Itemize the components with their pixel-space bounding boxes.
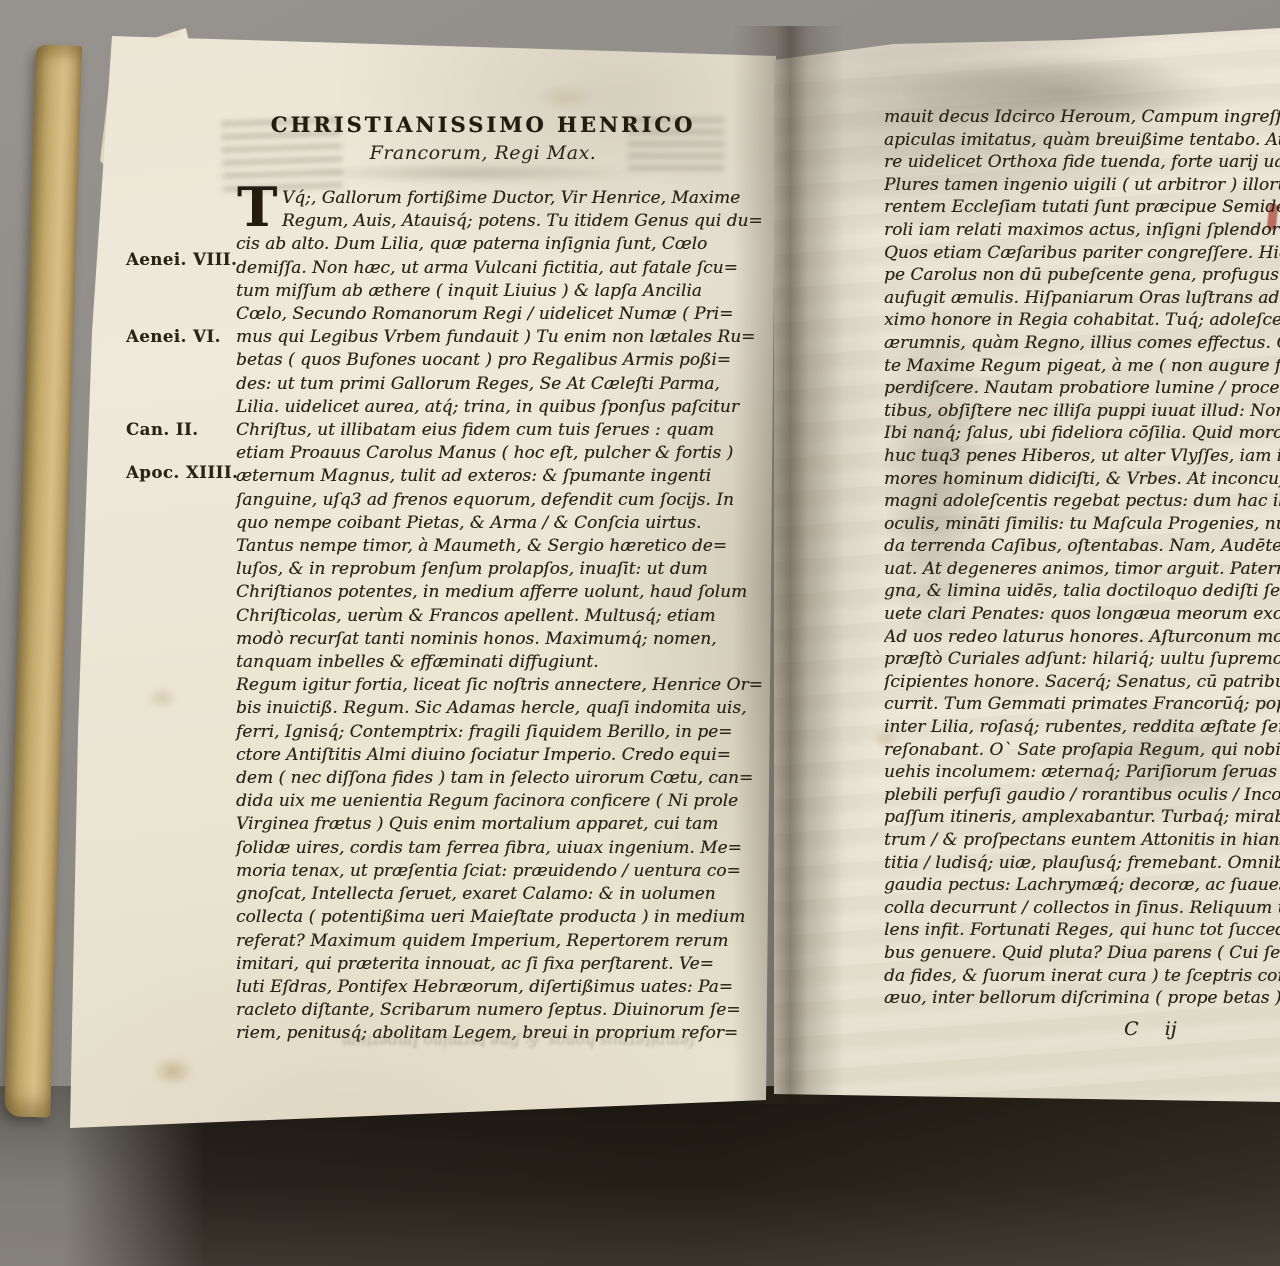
text-line: dida uix me uenientia Regum facinora con…: [236, 790, 730, 813]
text-line: te Maxime Regum pigeat, à me ( non augur…: [884, 355, 1280, 378]
text-line: demiſſa. Non hæc, ut arma Vulcani fictit…: [236, 257, 730, 280]
book-photograph: T CHRISTIANISSIMO HENRICO Francorum, Reg…: [0, 0, 1280, 1266]
text-line: æternum Magnus, tulit ad exteros: & ſpum…: [236, 465, 730, 488]
text-line: uat. At degeneres animos, timor arguit. …: [884, 558, 1280, 581]
margin-note: Aenei. VI.: [126, 327, 221, 346]
text-line: currit. Tum Gemmati primates Francorūq́;…: [884, 693, 1280, 716]
text-line: bus genuere. Quid pluta? Diua parens ( C…: [884, 942, 1280, 965]
text-line: des: ut tum primi Gallorum Reges, Se At …: [236, 373, 730, 396]
text-line: Cœlo, Secundo Romanorum Regi / uidelicet…: [236, 303, 730, 326]
text-line: re uidelicet Orthoxa fide tuenda, forte …: [884, 151, 1280, 174]
text-line: ærumnis, quàm Regno, illius comes effect…: [884, 332, 1280, 355]
margin-note: Apoc. XIIII.: [126, 463, 238, 482]
margin-note: Can. II.: [126, 420, 199, 439]
text-line: tanquam inbelles & effæminati diffugiunt…: [236, 651, 730, 674]
text-line: Ibi nanq́; ſalus, ubi fideliora cōſilia.…: [884, 422, 1280, 445]
text-line: ximo honore in Regia cohabitat. Tuq́; ad…: [884, 309, 1280, 332]
text-line: Regum, Auis, Atauisq́; potens. Tu itidem…: [236, 210, 730, 233]
text-line: betas ( quos Bufones uocant ) pro Regali…: [236, 349, 730, 372]
text-line: dem ( nec diſſona fides ) tam in ſelecto…: [236, 767, 730, 790]
text-line: tibus, obſiſtere nec illiſa puppi iuuat …: [884, 400, 1280, 423]
text-line: uete clari Penates: quos longæua meorum …: [884, 603, 1280, 626]
text-line: Lilia. uidelicet aurea, atq́; trina, in …: [236, 396, 730, 419]
text-line: moria tenax, ut præſentia ſciat: præuide…: [236, 860, 730, 883]
text-line: mores hominum didiciſti, & Vrbes. At inc…: [884, 468, 1280, 491]
text-line: collecta ( potentißima ueri Maieſtate pr…: [236, 906, 730, 929]
text-line: pe Carolus non dū pubeſcente gena, profu…: [884, 264, 1280, 287]
left-page-text: CHRISTIANISSIMO HENRICO Francorum, Regi …: [236, 112, 730, 1046]
text-line: titia / ludisq́; uiæ, plauſusq́; fremeba…: [884, 852, 1280, 875]
text-line: gna, & limina uidēs, talia doctiloquo de…: [884, 580, 1280, 603]
text-line: etiam Proauus Carolus Manus ( hoc eſt, p…: [236, 442, 730, 465]
text-line: aufugit æmulis. Hiſpaniarum Oras luſtran…: [884, 287, 1280, 310]
text-line: Virginea frætus ) Quis enim mortalium ap…: [236, 813, 730, 836]
text-line: cis ab alto. Dum Lilia, quæ paterna inſi…: [236, 233, 730, 256]
text-line: Quos etiam Cæſaribus pariter congreſſere…: [884, 242, 1280, 265]
text-line: huc tuq3 penes Hiberos, ut alter Vlyſſes…: [884, 445, 1280, 468]
margin-note: Aenei. VIII.: [126, 250, 237, 269]
text-line: præſtò Curiales adſunt: hilariq́; uultu …: [884, 648, 1280, 671]
text-line: imitari, qui præterita innouat, ac ſi fi…: [236, 953, 730, 976]
text-line: ctore Antiſtitis Almi diuino ſociatur Im…: [236, 744, 730, 767]
text-line: mus qui Legibus Vrbem fundauit ) Tu enim…: [236, 326, 730, 349]
paper-stain: [146, 686, 178, 710]
text-line: Tantus nempe timor, à Maumeth, & Sergio …: [236, 535, 730, 558]
text-line: ſolidæ uires, cordis tam ferrea fibra, u…: [236, 837, 730, 860]
text-line: Vq́;, Gallorum fortißime Ductor, Vir Hen…: [236, 187, 730, 210]
right-page-body: mauit decus Idcirco Heroum, Campum ingre…: [884, 106, 1280, 1036]
text-line: Plures tamen ingenio uigili ( ut arbitro…: [884, 174, 1280, 197]
text-line: Regum igitur fortia, liceat ſic noſtris …: [236, 674, 730, 697]
paper-stain: [152, 1056, 194, 1086]
text-line: paſſum itineris, amplexabantur. Turbaq́;…: [884, 806, 1280, 829]
text-line: oculis, mināti ſimilis: tu Maſcula Proge…: [884, 513, 1280, 536]
paper-stain: [536, 84, 596, 110]
left-page-body: Vq́;, Gallorum fortißime Ductor, Vir Hen…: [236, 187, 730, 1046]
gathering-signature: C ij: [1124, 1018, 1177, 1040]
gutter-shadow: [732, 26, 844, 1104]
text-line: ſcipientes honore. Sacerq́; Senatus, cū …: [884, 671, 1280, 694]
showthrough-ghost-line: ſempiternus honos, & fine termino Imperi…: [296, 1032, 736, 1050]
text-line: trum / & proſpectans euntem Attonitis in…: [884, 829, 1280, 852]
text-line: racleto diſtante, Scribarum numero ſeptu…: [236, 999, 730, 1022]
text-line: colla decurrunt / collectos in ſinus. Re…: [884, 897, 1280, 920]
text-line: quo nempe coibant Pietas, & Arma / & Con…: [236, 512, 730, 535]
text-line: Chriſticolas, uerùm & Francos apellent. …: [236, 605, 730, 628]
text-line: da terrenda Caſibus, oſtentabas. Nam, Au…: [884, 535, 1280, 558]
text-line: da fides, & ſuorum inerat cura ) te ſcep…: [884, 965, 1280, 988]
text-line: Ad uos redeo laturus honores. Aſturconum…: [884, 626, 1280, 649]
text-line: Chriſtianos potentes, in medium afferre …: [236, 581, 730, 604]
text-line: luti Eſdras, Pontifex Hebræorum, diſerti…: [236, 976, 730, 999]
text-line: apiculas imitatus, quàm breuißime tentab…: [884, 129, 1280, 152]
text-line: plebili perfuſi gaudio / rorantibus ocul…: [884, 784, 1280, 807]
text-line: mauit decus Idcirco Heroum, Campum ingre…: [884, 106, 1280, 129]
text-line: inter Lilia, roſasq́; rubentes, reddita …: [884, 716, 1280, 739]
text-line: referat? Maximum quidem Imperium, Repert…: [236, 930, 730, 953]
book-fore-edge: [4, 45, 82, 1118]
text-line: ſanguine, uſq3 ad frenos equorum, defend…: [236, 489, 730, 512]
text-line: magni adoleſcentis regebat pectus: dum h…: [884, 490, 1280, 513]
text-line: gnoſcat, Intellecta ſeruet, exaret Calam…: [236, 883, 730, 906]
text-line: perdiſcere. Nautam probatiore lumine / p…: [884, 377, 1280, 400]
text-line: roli iam relati maximos actus, inſigni ſ…: [884, 219, 1280, 242]
text-line: Chriſtus, ut illibatam eius fidem cum tu…: [236, 419, 730, 442]
text-line: modò recurſat tanti nominis honos. Maxim…: [236, 628, 730, 651]
text-line: rentem Eccleſiam tutati ſunt præcipue Se…: [884, 196, 1280, 219]
text-line: gaudia pectus: Lachrymæq́; decoræ, ac ſu…: [884, 874, 1280, 897]
text-line: ferri, Ignisq́; Contemptrix: fragili ſiq…: [236, 721, 730, 744]
text-line: tum miſſum ab æthere ( inquit Liuius ) &…: [236, 280, 730, 303]
dedication-subtitle: Francorum, Regi Max.: [236, 142, 730, 164]
text-line: lens infit. Fortunati Reges, qui hunc to…: [884, 919, 1280, 942]
text-line: luſos, & in reprobum ſenſum prolapſos, i…: [236, 558, 730, 581]
text-line: bis inuictiß. Regum. Sic Adamas hercle, …: [236, 697, 730, 720]
text-line: æuo, inter bellorum diſcrimina ( prope b…: [884, 987, 1280, 1010]
dedication-title: CHRISTIANISSIMO HENRICO: [236, 112, 730, 137]
text-line: uehis incolumem: æternaq́; Pariſiorum ſe…: [884, 761, 1280, 784]
text-line: reſonabant. O` Sate proſapia Regum, qui …: [884, 739, 1280, 762]
